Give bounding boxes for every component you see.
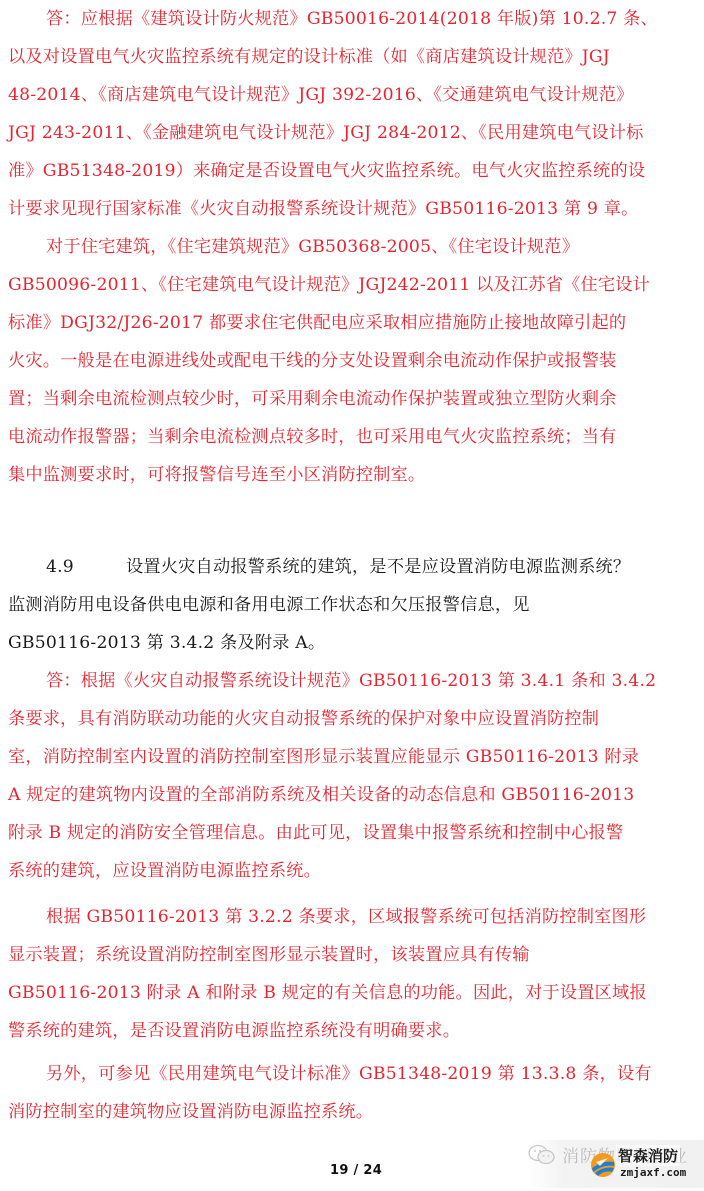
zhisen-logo-icon <box>590 1152 616 1178</box>
page-indicator: 19 / 24 <box>330 1163 382 1178</box>
answer-paragraph-regional: 根据 GB50116-2013 第 3.2.2 条要求，区域报警系统可包括消防控… <box>8 898 698 1050</box>
text-line: A 规定的建筑物内设置的全部消防系统及相关设备的动态信息和 GB50116-20… <box>8 776 698 814</box>
text-line: 答：根据《火灾自动报警系统设计规范》GB50116-2013 第 3.4.1 条… <box>8 662 698 700</box>
text-line: 对于住宅建筑，《住宅建筑规范》GB50368-2005、《住宅设计规范》 <box>8 228 698 266</box>
brand-url: zmjaxf.com <box>620 1166 686 1179</box>
question-4-9: 4.9设置火灾自动报警系统的建筑，是不是应设置消防电源监测系统？ 监测消防用电设… <box>8 548 698 662</box>
text-line: 显示装置；系统设置消防控制室图形显示装置时，该装置应具有传输 <box>8 936 698 974</box>
brand-name: 智森消防 <box>616 1145 680 1166</box>
text-line: 48-2014、《商店建筑电气设计规范》JGJ 392-2016、《交通建筑电气… <box>8 76 698 114</box>
text-line: 电流动作报警器；当剩余电流检测点较多时，也可采用电气火灾监控系统；当有 <box>8 418 698 456</box>
text-line: 消防控制室的建筑物应设置消防电源监控系统。 <box>8 1093 698 1131</box>
text-line: 火灾。一般是在电源进线处或配电干线的分支处设置剩余电流动作保护或报警装 <box>8 342 698 380</box>
answer-paragraph-4-9: 答：根据《火灾自动报警系统设计规范》GB50116-2013 第 3.4.1 条… <box>8 662 698 890</box>
question-number: 4.9 <box>46 548 126 586</box>
text-line: 准》GB51348-2019）来确定是否设置电气火灾监控系统。电气火灾监控系统的… <box>8 152 698 190</box>
text-line: GB50096-2011、《住宅建筑电气设计规范》JGJ242-2011 以及江… <box>8 266 698 304</box>
text-line: 根据 GB50116-2013 第 3.2.2 条要求，区域报警系统可包括消防控… <box>8 898 698 936</box>
question-title: 设置火灾自动报警系统的建筑，是不是应设置消防电源监测系统？ <box>126 557 630 577</box>
text-line: 计要求见现行国家标准《火灾自动报警系统设计规范》GB50116-2013 第 9… <box>8 190 698 228</box>
text-line: 警系统的建筑，是否设置消防电源监控系统没有明确要求。 <box>8 1012 698 1050</box>
text-line: 另外，可参见《民用建筑电气设计标准》GB51348-2019 第 13.3.8 … <box>8 1055 698 1093</box>
document-page: 答：应根据《建筑设计防火规范》GB50016-2014(2018 年版)第 10… <box>0 0 704 1191</box>
answer-paragraph-2: 对于住宅建筑，《住宅建筑规范》GB50368-2005、《住宅设计规范》 GB5… <box>8 228 698 494</box>
text-line: GB50116-2013 第 3.4.2 条及附录 A。 <box>8 624 698 662</box>
text-line: 条要求，具有消防联动功能的火灾自动报警系统的保护对象中应设置消防控制 <box>8 700 698 738</box>
text-line: GB50116-2013 附录 A 和附录 B 规定的有关信息的功能。因此，对于… <box>8 974 698 1012</box>
text-line: 附录 B 规定的消防安全管理信息。由此可见，设置集中报警系统和控制中心报警 <box>8 814 698 852</box>
text-line: 置；当剩余电流检测点较少时，可采用剩余电流动作保护装置或独立型防火剩余 <box>8 380 698 418</box>
watermark: 消防物联网行业 智森消防 zmjaxf.com <box>528 1140 704 1188</box>
answer-paragraph-1: 答：应根据《建筑设计防火规范》GB50016-2014(2018 年版)第 10… <box>8 0 698 228</box>
text-line: 系统的建筑，应设置消防电源监控系统。 <box>8 852 698 890</box>
question-title-line: 4.9设置火灾自动报警系统的建筑，是不是应设置消防电源监测系统？ <box>8 548 698 586</box>
text-line: JGJ 243-2011、《金融建筑电气设计规范》JGJ 284-2012、《民… <box>8 114 698 152</box>
text-line: 以及对设置电气火灾监控系统有规定的设计标准（如《商店建筑设计规范》JGJ <box>8 38 698 76</box>
text-line: 室，消防控制室内设置的消防控制室图形显示装置应能显示 GB50116-2013 … <box>8 738 698 776</box>
text-line: 答：应根据《建筑设计防火规范》GB50016-2014(2018 年版)第 10… <box>8 0 698 38</box>
wechat-icon <box>528 1144 556 1166</box>
text-line: 集中监测要求时，可将报警信号连至小区消防控制室。 <box>8 456 698 494</box>
answer-paragraph-additional: 另外，可参见《民用建筑电气设计标准》GB51348-2019 第 13.3.8 … <box>8 1055 698 1131</box>
text-line: 监测消防用电设备供电电源和备用电源工作状态和欠压报警信息，见 <box>8 586 698 624</box>
text-line: 标准》DGJ32/J26-2017 都要求住宅供配电应采取相应措施防止接地故障引… <box>8 304 698 342</box>
